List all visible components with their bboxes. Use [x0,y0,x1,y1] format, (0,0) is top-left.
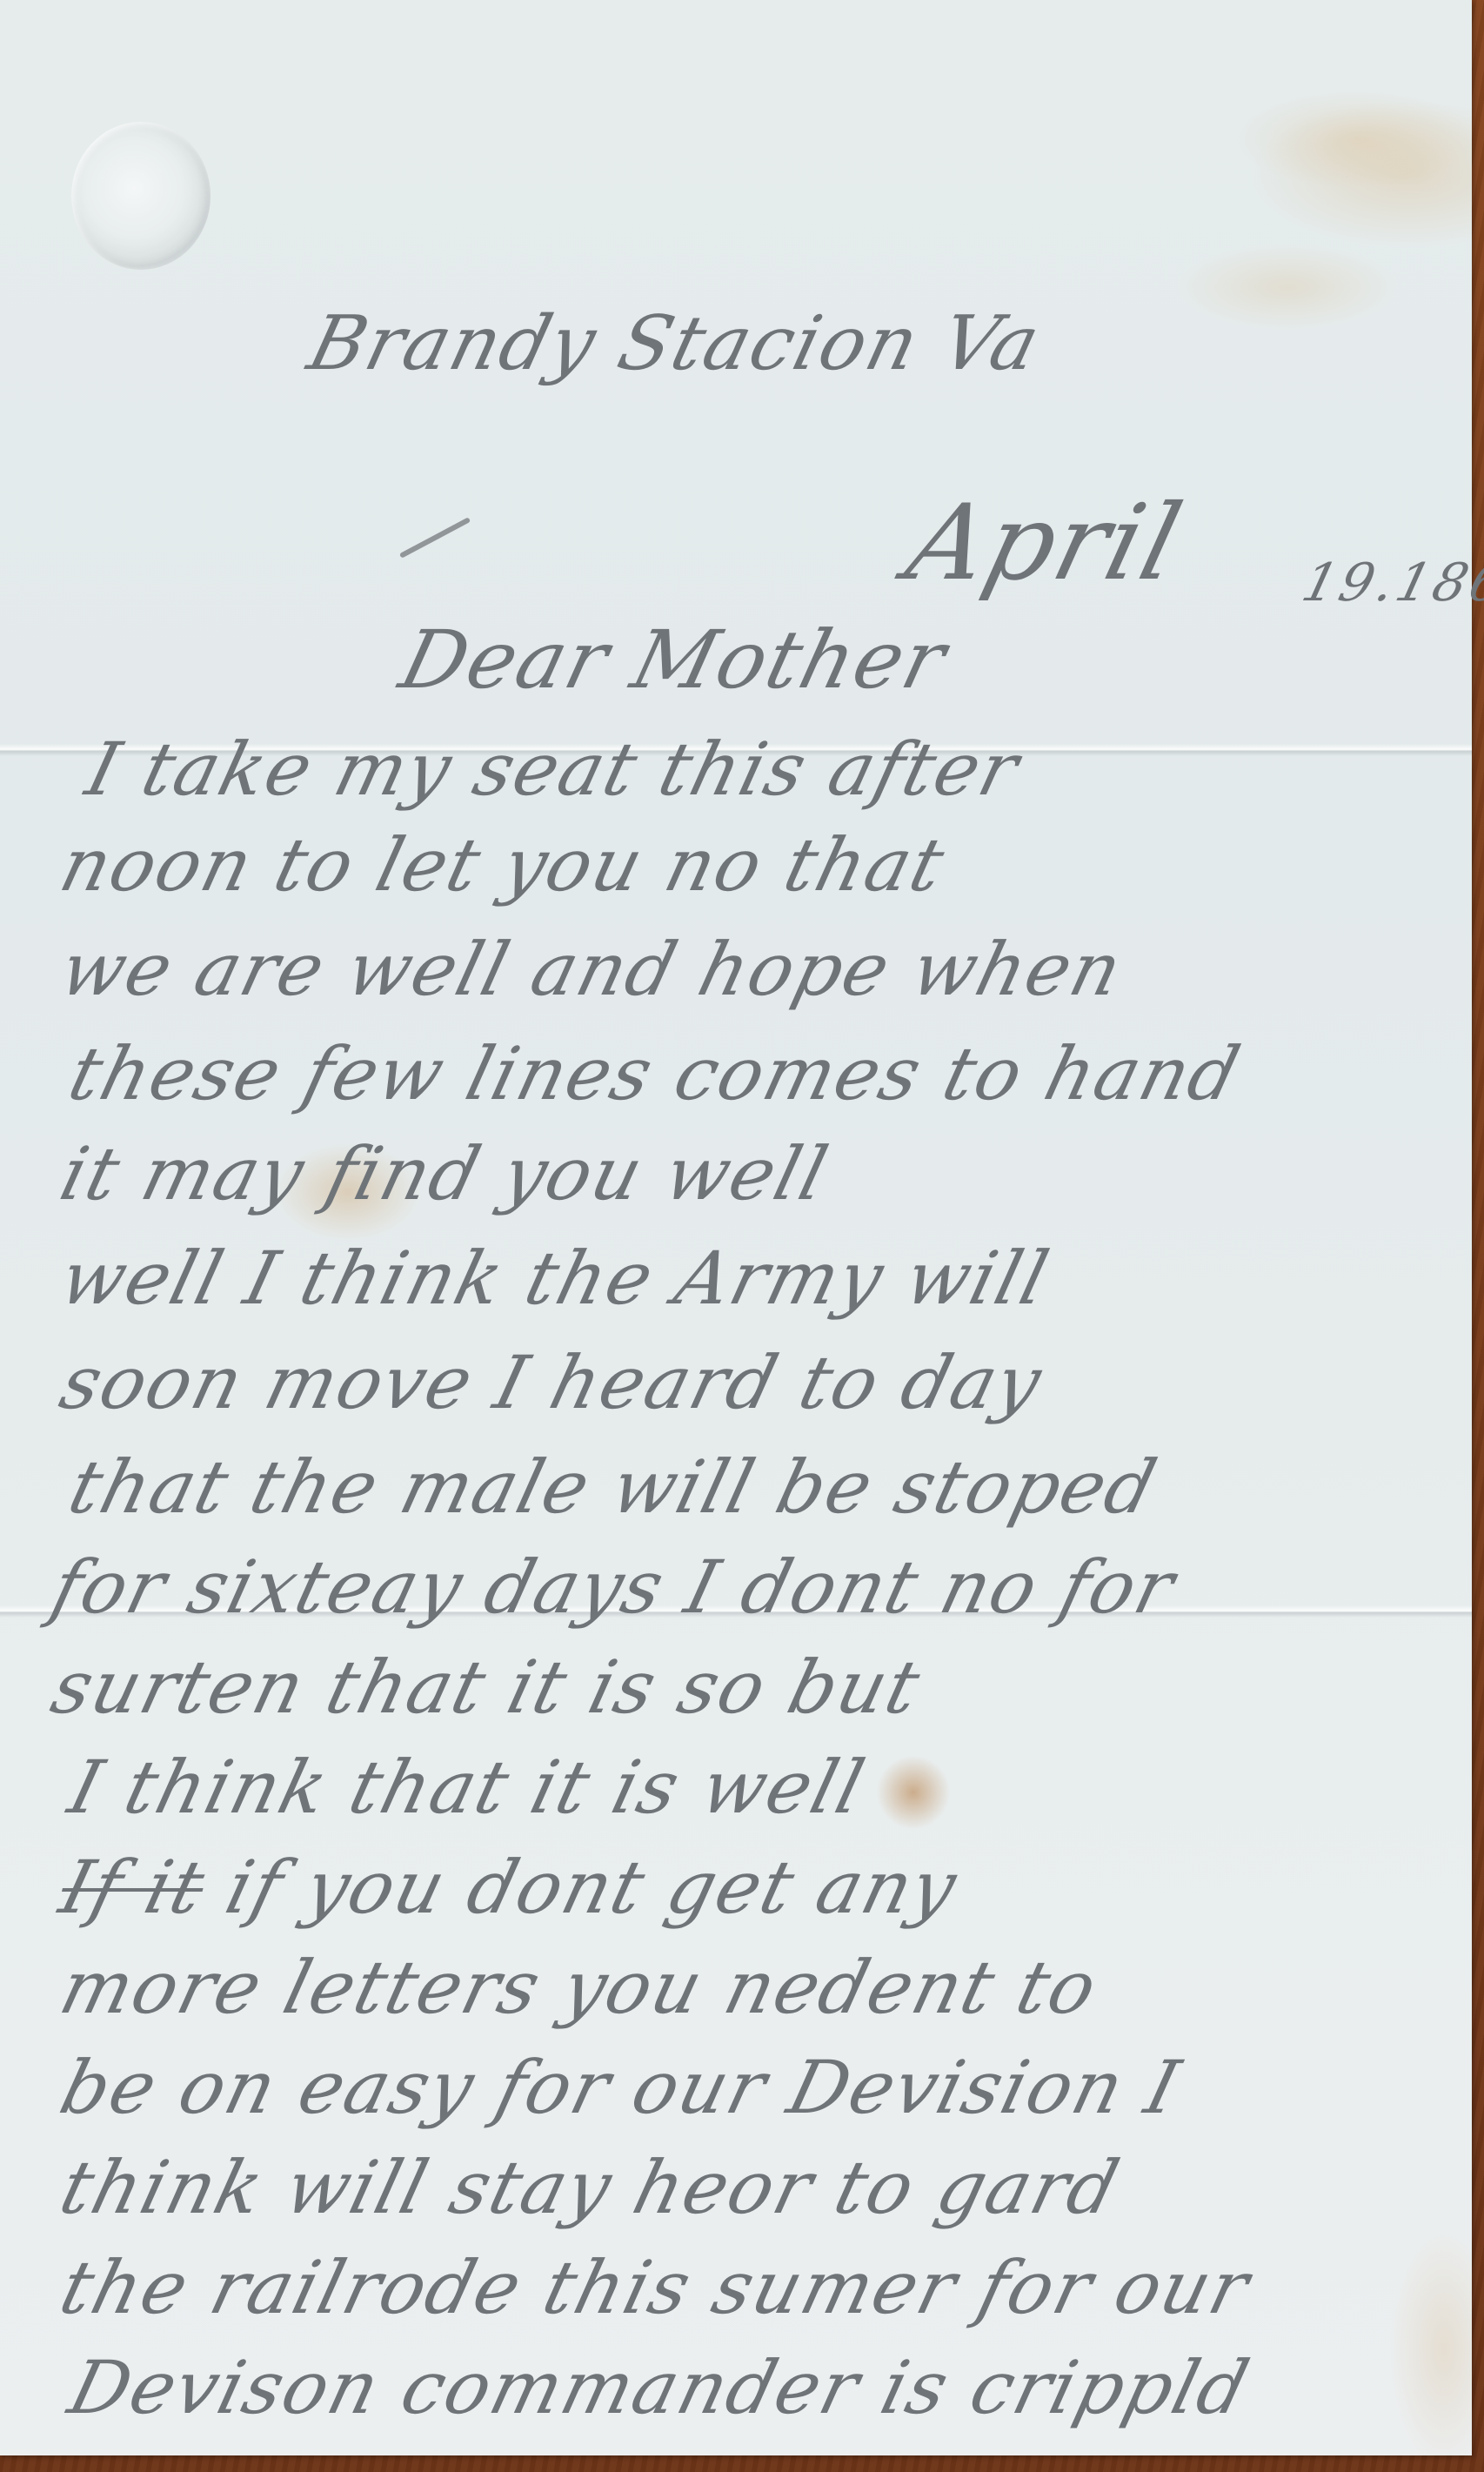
letter-line: Devison commander is crippld [61,2345,1259,2430]
stray-pencil-mark [399,517,471,559]
letter-line: surten that it is so but [43,1645,929,1730]
letter-line-with-strike: If it if you dont get any [52,1845,966,1930]
letter-salutation: Dear Mother [391,613,956,707]
letter-line: the railrode this sumer for our [52,2245,1259,2330]
letter-date-month: April [896,483,1193,604]
letter-line: well I think the Army will [52,1236,1058,1321]
letter-page: Brandy Stacion Va April 19.186 Dear Moth… [0,0,1472,2455]
letter-line-text: if you dont get any [217,1845,966,1930]
letter-line: soon move I heard to day [52,1340,1051,1425]
letter-line: more letters you nedent to [52,1945,1106,2030]
letter-line: I take my seat this after [78,727,1028,812]
letter-line: noon to let you no that [52,822,953,908]
letter-place: Brandy Stacion Va [300,300,1049,387]
letter-line: think will stay heor to gard [52,2145,1128,2230]
letter-line: we are well and hope when [52,927,1132,1012]
letter-line: these few lines comes to hand [61,1031,1249,1116]
letter-line: for sixteay days I dont no for [43,1544,1184,1630]
letter-line: it may find you well [52,1131,837,1216]
letter-line: I think that it is well [61,1745,873,1830]
letter-date-day-year: 19.186 [1296,553,1484,613]
embossed-seal-icon [71,122,211,270]
letter-line: that the male will be stoped [61,1444,1166,1530]
struck-out-text: If it [52,1845,214,1930]
letter-line: be on easy for our Devision I [52,2045,1189,2130]
